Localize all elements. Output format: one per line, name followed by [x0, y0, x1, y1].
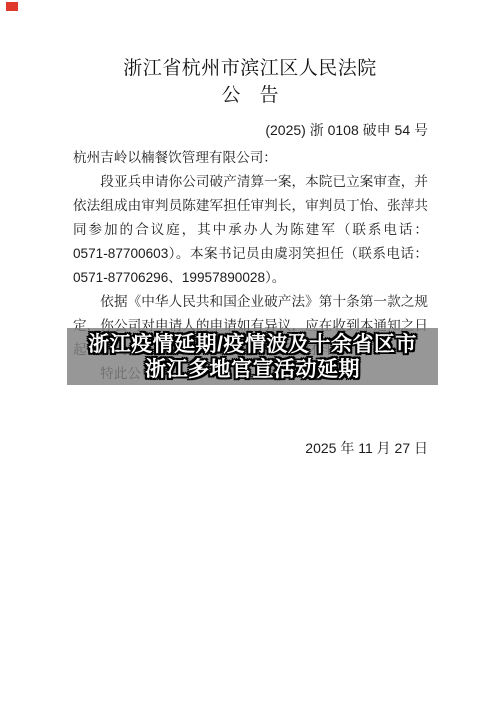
body-line: 0571-87706296、19957890028）。	[73, 266, 428, 290]
case-number: (2025) 浙 0108 破申 54 号	[73, 118, 428, 142]
body-line: 依法组成由审判员陈建军担任审判长，审判员丁怡、张萍共	[73, 194, 428, 218]
notice-title-heading: 公 告	[0, 80, 500, 107]
caption-headline-line2: 浙江多地官宣活动延期	[145, 357, 360, 382]
body-line: 0571-87700603）。本案书记员由虞羽笑担任（联系电话：	[73, 242, 428, 266]
body-line: 同参加的合议庭，其中承办人为陈建军（联系电话：	[73, 218, 428, 242]
caption-headline-line1: 浙江疫情延期/疫情波及十余省区市	[88, 332, 417, 357]
court-notice-page: 浙江省杭州市滨江区人民法院 公 告 (2025) 浙 0108 破申 54 号 …	[0, 0, 500, 706]
body-line: 依据《中华人民共和国企业破产法》第十条第一款之规	[73, 290, 428, 314]
red-corner-mark	[6, 2, 18, 11]
notice-date: 2025 年 11 月 27 日	[73, 436, 428, 460]
news-caption-overlay: 浙江疫情延期/疫情波及十余省区市 浙江多地官宣活动延期	[67, 328, 438, 385]
addressee-line: 杭州吉岭以楠餐饮管理有限公司：	[73, 146, 428, 170]
court-name-heading: 浙江省杭州市滨江区人民法院	[0, 53, 500, 80]
body-line: 段亚兵申请你公司破产清算一案，本院已立案审查，并	[73, 170, 428, 194]
